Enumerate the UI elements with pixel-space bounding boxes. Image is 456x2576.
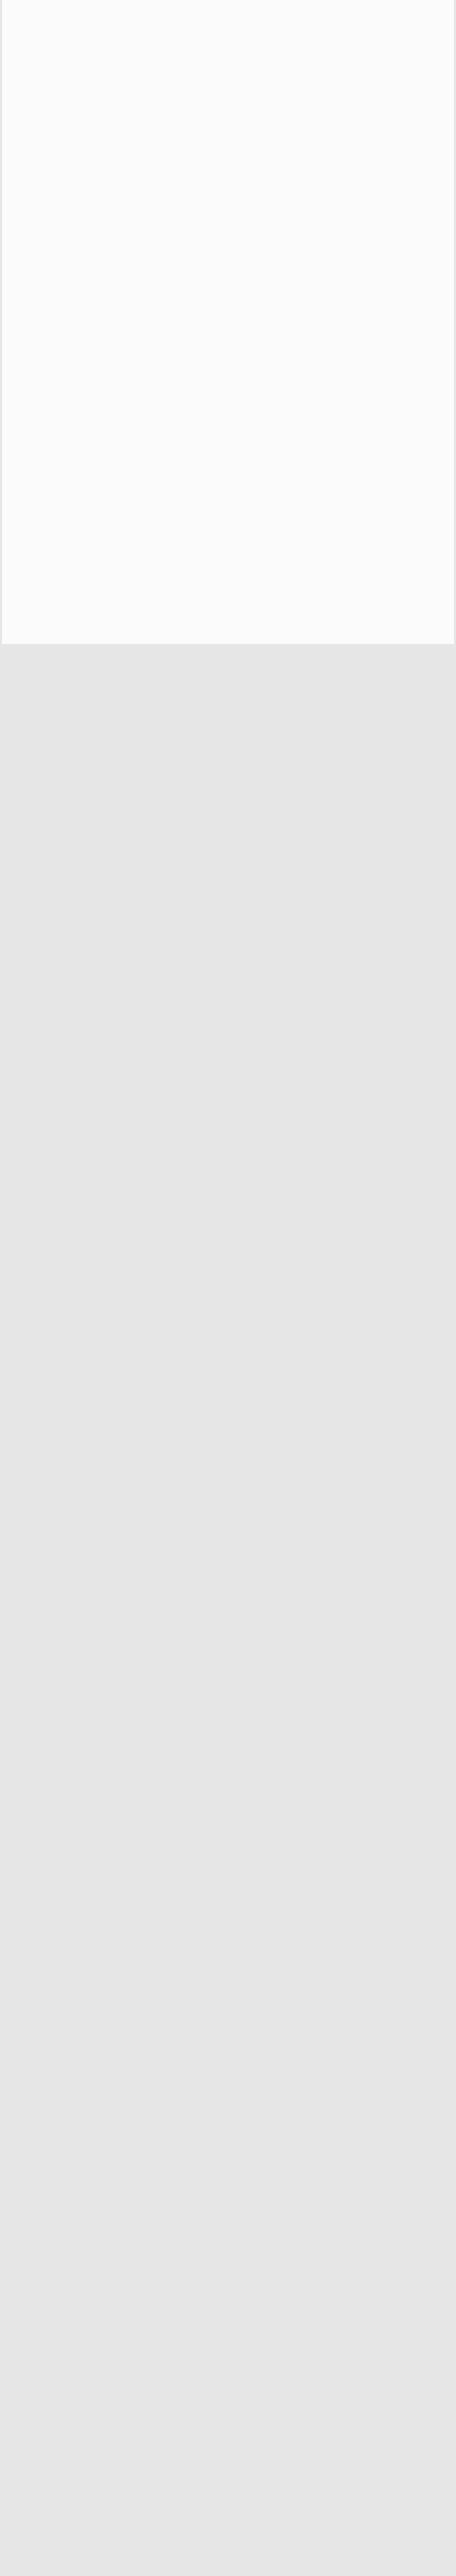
document-page-1 — [1, 0, 455, 644]
